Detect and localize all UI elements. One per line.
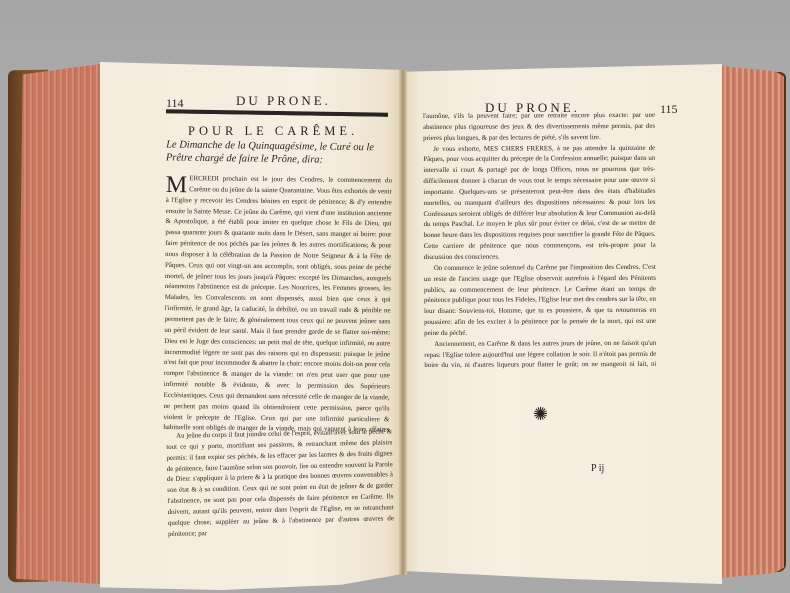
paragraph: On commence le jeûne solemnel du Carême … <box>424 263 656 340</box>
signature-mark: P ij <box>591 463 604 474</box>
section-title: POUR LE CARÊME. <box>188 124 358 139</box>
floral-ornament-icon: ✺ <box>533 404 548 425</box>
paragraph: l'aumône, s'ils la peuvent faire; par un… <box>423 111 655 145</box>
paragraph: Au jeûne du corps il faut joindre celui … <box>166 427 394 540</box>
rubric-instruction: Le Dimanche de la Quinquagésime, le Curé… <box>166 138 392 167</box>
left-page-edges <box>16 64 100 584</box>
right-page-text: l'aumône, s'ils la peuvent faire; par un… <box>423 111 656 370</box>
paragraph: Anciennement, en Carême & dans les autre… <box>424 339 656 370</box>
left-page-text: MERCREDI prochain est le jour des Cendre… <box>163 174 392 434</box>
right-page-edges <box>722 66 784 578</box>
paragraph: Je vous exhorte, MES CHERS FRERES, à ne … <box>423 143 656 263</box>
open-book: 114 DU PRONE. POUR LE CARÊME. Le Dimanch… <box>0 0 790 593</box>
drop-cap: M <box>166 175 188 195</box>
paragraph: ERCREDI prochain est le jour des Cendres… <box>163 175 392 434</box>
left-page-text-continued: Au jeûne du corps il faut joindre celui … <box>166 427 394 542</box>
right-page-number: 115 <box>660 102 678 117</box>
book-gutter <box>399 70 407 575</box>
left-running-head: DU PRONE. <box>236 93 331 109</box>
